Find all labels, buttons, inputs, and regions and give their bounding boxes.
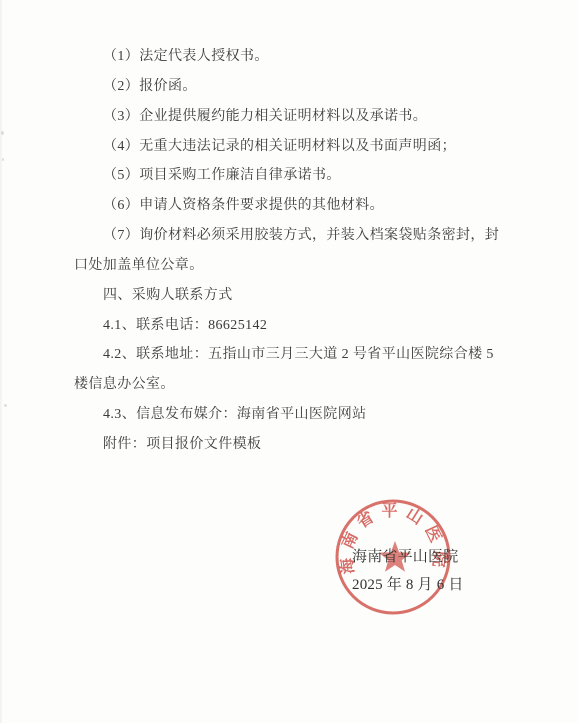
list-item-5: （5）项目采购工作廉洁自律承诺书。: [74, 161, 544, 191]
list-item-7-cont: 口处加盖单位公章。: [74, 251, 544, 281]
list-item-7: （7）询价材料必须采用胶装方式，并装入档案袋贴条密封，封: [74, 221, 544, 251]
list-item-1: （1）法定代表人授权书。: [74, 42, 544, 72]
scan-speck: [1, 131, 4, 135]
list-item-2: （2）报价函。: [74, 72, 544, 102]
contact-address-cont: 楼信息办公室。: [74, 370, 544, 400]
scan-speck: [2, 158, 4, 161]
contact-address-line: 4.2、联系地址：五指山市三月三大道 2 号省平山医院综合楼 5: [74, 340, 544, 370]
scan-speck: [4, 404, 7, 407]
contact-phone-line: 4.1、联系电话：86625142: [74, 311, 544, 341]
section-heading-4: 四、采购人联系方式: [74, 281, 544, 311]
scan-edge-artifact: [0, 0, 3, 723]
list-item-4: （4）无重大违法记录的相关证明材料以及书面声明函；: [74, 132, 544, 162]
body-text: （1）法定代表人授权书。 （2）报价函。 （3）企业提供履约能力相关证明材料以及…: [74, 42, 544, 460]
attachment-line: 附件：项目报价文件模板: [74, 430, 544, 460]
signature-date: 2025 年 8 月 6 日: [352, 578, 464, 593]
list-item-3: （3）企业提供履约能力相关证明材料以及承诺书。: [74, 102, 544, 132]
document-page: （1）法定代表人授权书。 （2）报价函。 （3）企业提供履约能力相关证明材料以及…: [0, 0, 578, 723]
signature-organization: 海南省平山医院: [352, 550, 464, 565]
signature-block: 海南省平山医院 2025 年 8 月 6 日: [352, 550, 464, 593]
contact-media-line: 4.3、信息发布媒介：海南省平山医院网站: [74, 400, 544, 430]
list-item-6: （6）申请人资格条件要求提供的其他材料。: [74, 191, 544, 221]
